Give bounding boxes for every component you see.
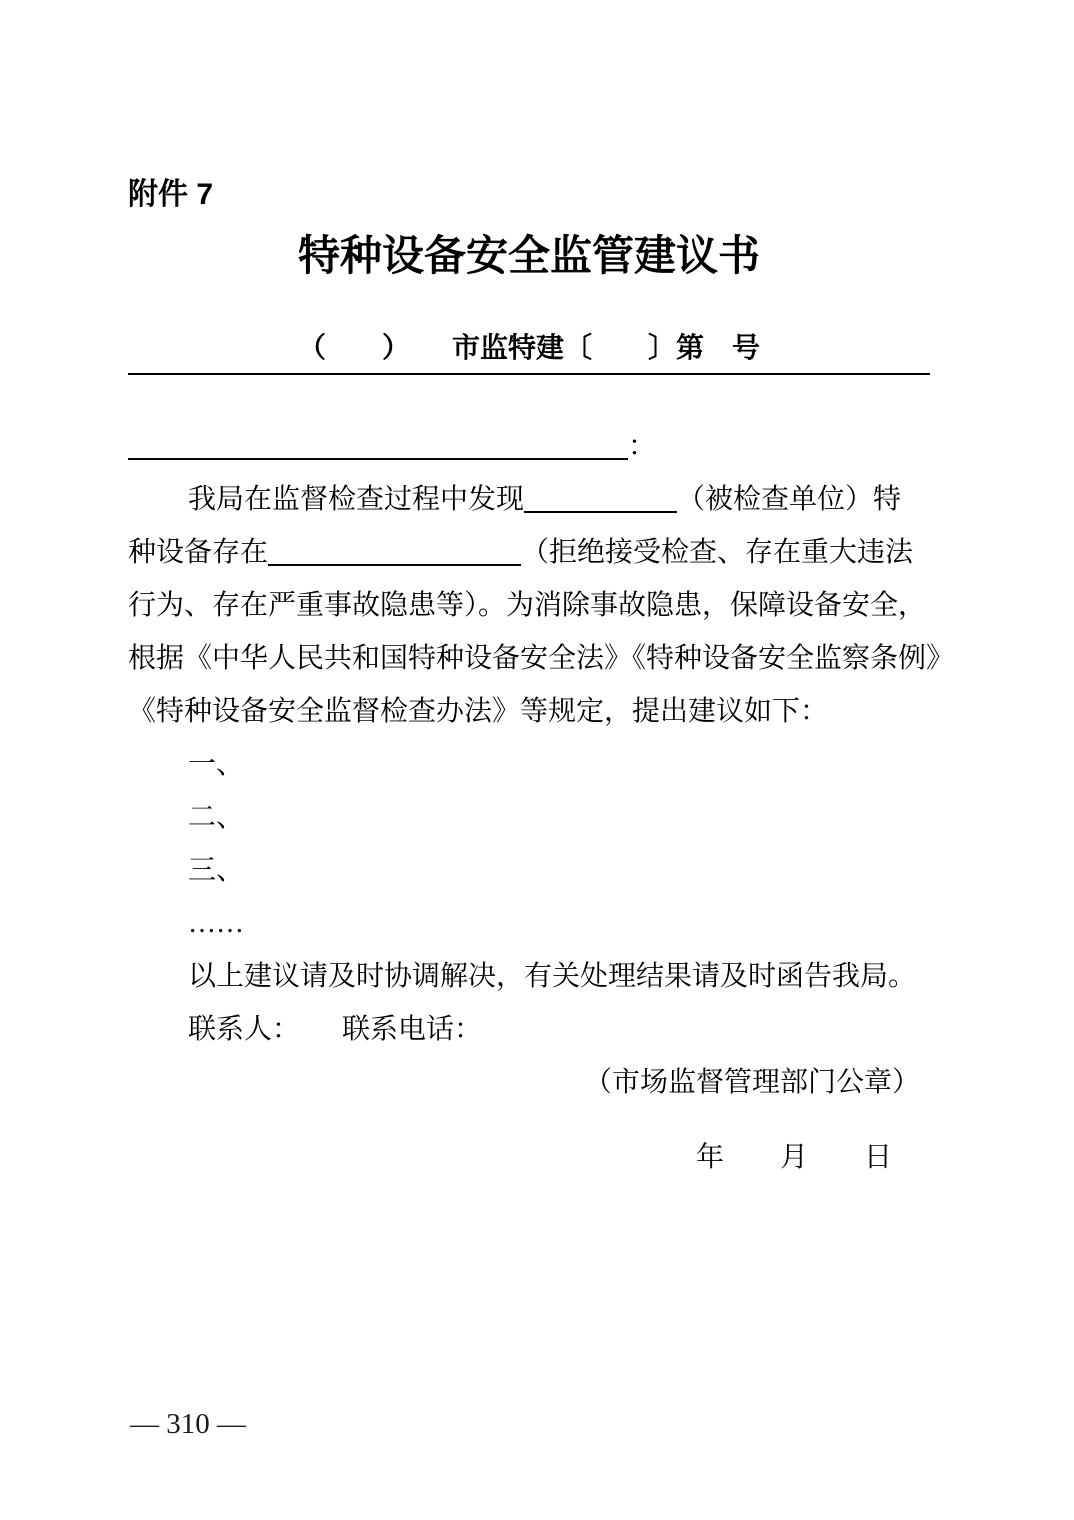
attachment-label: 附件 7	[128, 178, 930, 212]
doc-number-line: （ ） 市监特建〔 〕第 号	[128, 332, 930, 366]
fill-in-blank	[128, 430, 628, 460]
date-line: 年 月 日	[128, 1131, 930, 1184]
list-item-2: 二、	[128, 791, 930, 844]
text-segment: （被检查单位）特	[677, 484, 901, 515]
text-segment: 二、	[188, 802, 244, 833]
text-segment: 《特种设备安全监督检查办法》等规定，提出建议如下：	[128, 696, 828, 727]
text-segment: 以上建议请及时协调解决，有关处理结果请及时函告我局。	[188, 961, 916, 992]
paragraph-line-2: 种设备存在（拒绝接受检查、存在重大违法	[128, 526, 930, 579]
list-item-1: 一、	[128, 738, 930, 791]
fill-in-blank	[524, 483, 677, 513]
paragraph-line-4: 根据《中华人民共和国特种设备安全法》《特种设备安全监察条例》	[128, 632, 930, 685]
text-segment: 行为、存在严重事故隐患等）。为消除事故隐患，保障设备安全，	[128, 590, 926, 621]
ellipsis-line: ……	[128, 897, 930, 950]
text-segment: ……	[188, 908, 244, 939]
closing-request-line: 以上建议请及时协调解决，有关处理结果请及时函告我局。	[128, 950, 930, 1003]
addressee-line: ：	[128, 420, 930, 473]
page-number: — 310 —	[130, 1406, 246, 1442]
paragraph-line-1: 我局在监督检查过程中发现（被检查单位）特	[128, 473, 930, 526]
text-segment: 种设备存在	[128, 537, 268, 568]
paragraph-line-5: 《特种设备安全监督检查办法》等规定，提出建议如下：	[128, 685, 930, 738]
text-segment: （拒绝接受检查、存在重大违法	[521, 537, 913, 568]
seal-line: （市场监督管理部门公章）	[128, 1056, 930, 1109]
contact-line: 联系人： 联系电话：	[128, 1003, 930, 1056]
text-segment: ：	[628, 431, 656, 462]
document-title: 特种设备安全监管建议书	[128, 234, 930, 280]
document-body: ：我局在监督检查过程中发现（被检查单位）特种设备存在（拒绝接受检查、存在重大违法…	[128, 420, 930, 1056]
list-item-3: 三、	[128, 844, 930, 897]
text-segment: 我局在监督检查过程中发现	[188, 484, 524, 515]
text-segment: 根据《中华人民共和国特种设备安全法》《特种设备安全监察条例》	[128, 643, 954, 674]
document-page: 附件 7 特种设备安全监管建议书 （ ） 市监特建〔 〕第 号 ：我局在监督检查…	[0, 0, 1074, 1520]
fill-in-blank	[268, 536, 521, 566]
header-divider	[128, 373, 930, 375]
text-segment: 一、	[188, 749, 244, 780]
paragraph-line-3: 行为、存在严重事故隐患等）。为消除事故隐患，保障设备安全，	[128, 579, 930, 632]
text-segment: 三、	[188, 855, 244, 886]
text-segment: 联系人： 联系电话：	[188, 1014, 482, 1045]
